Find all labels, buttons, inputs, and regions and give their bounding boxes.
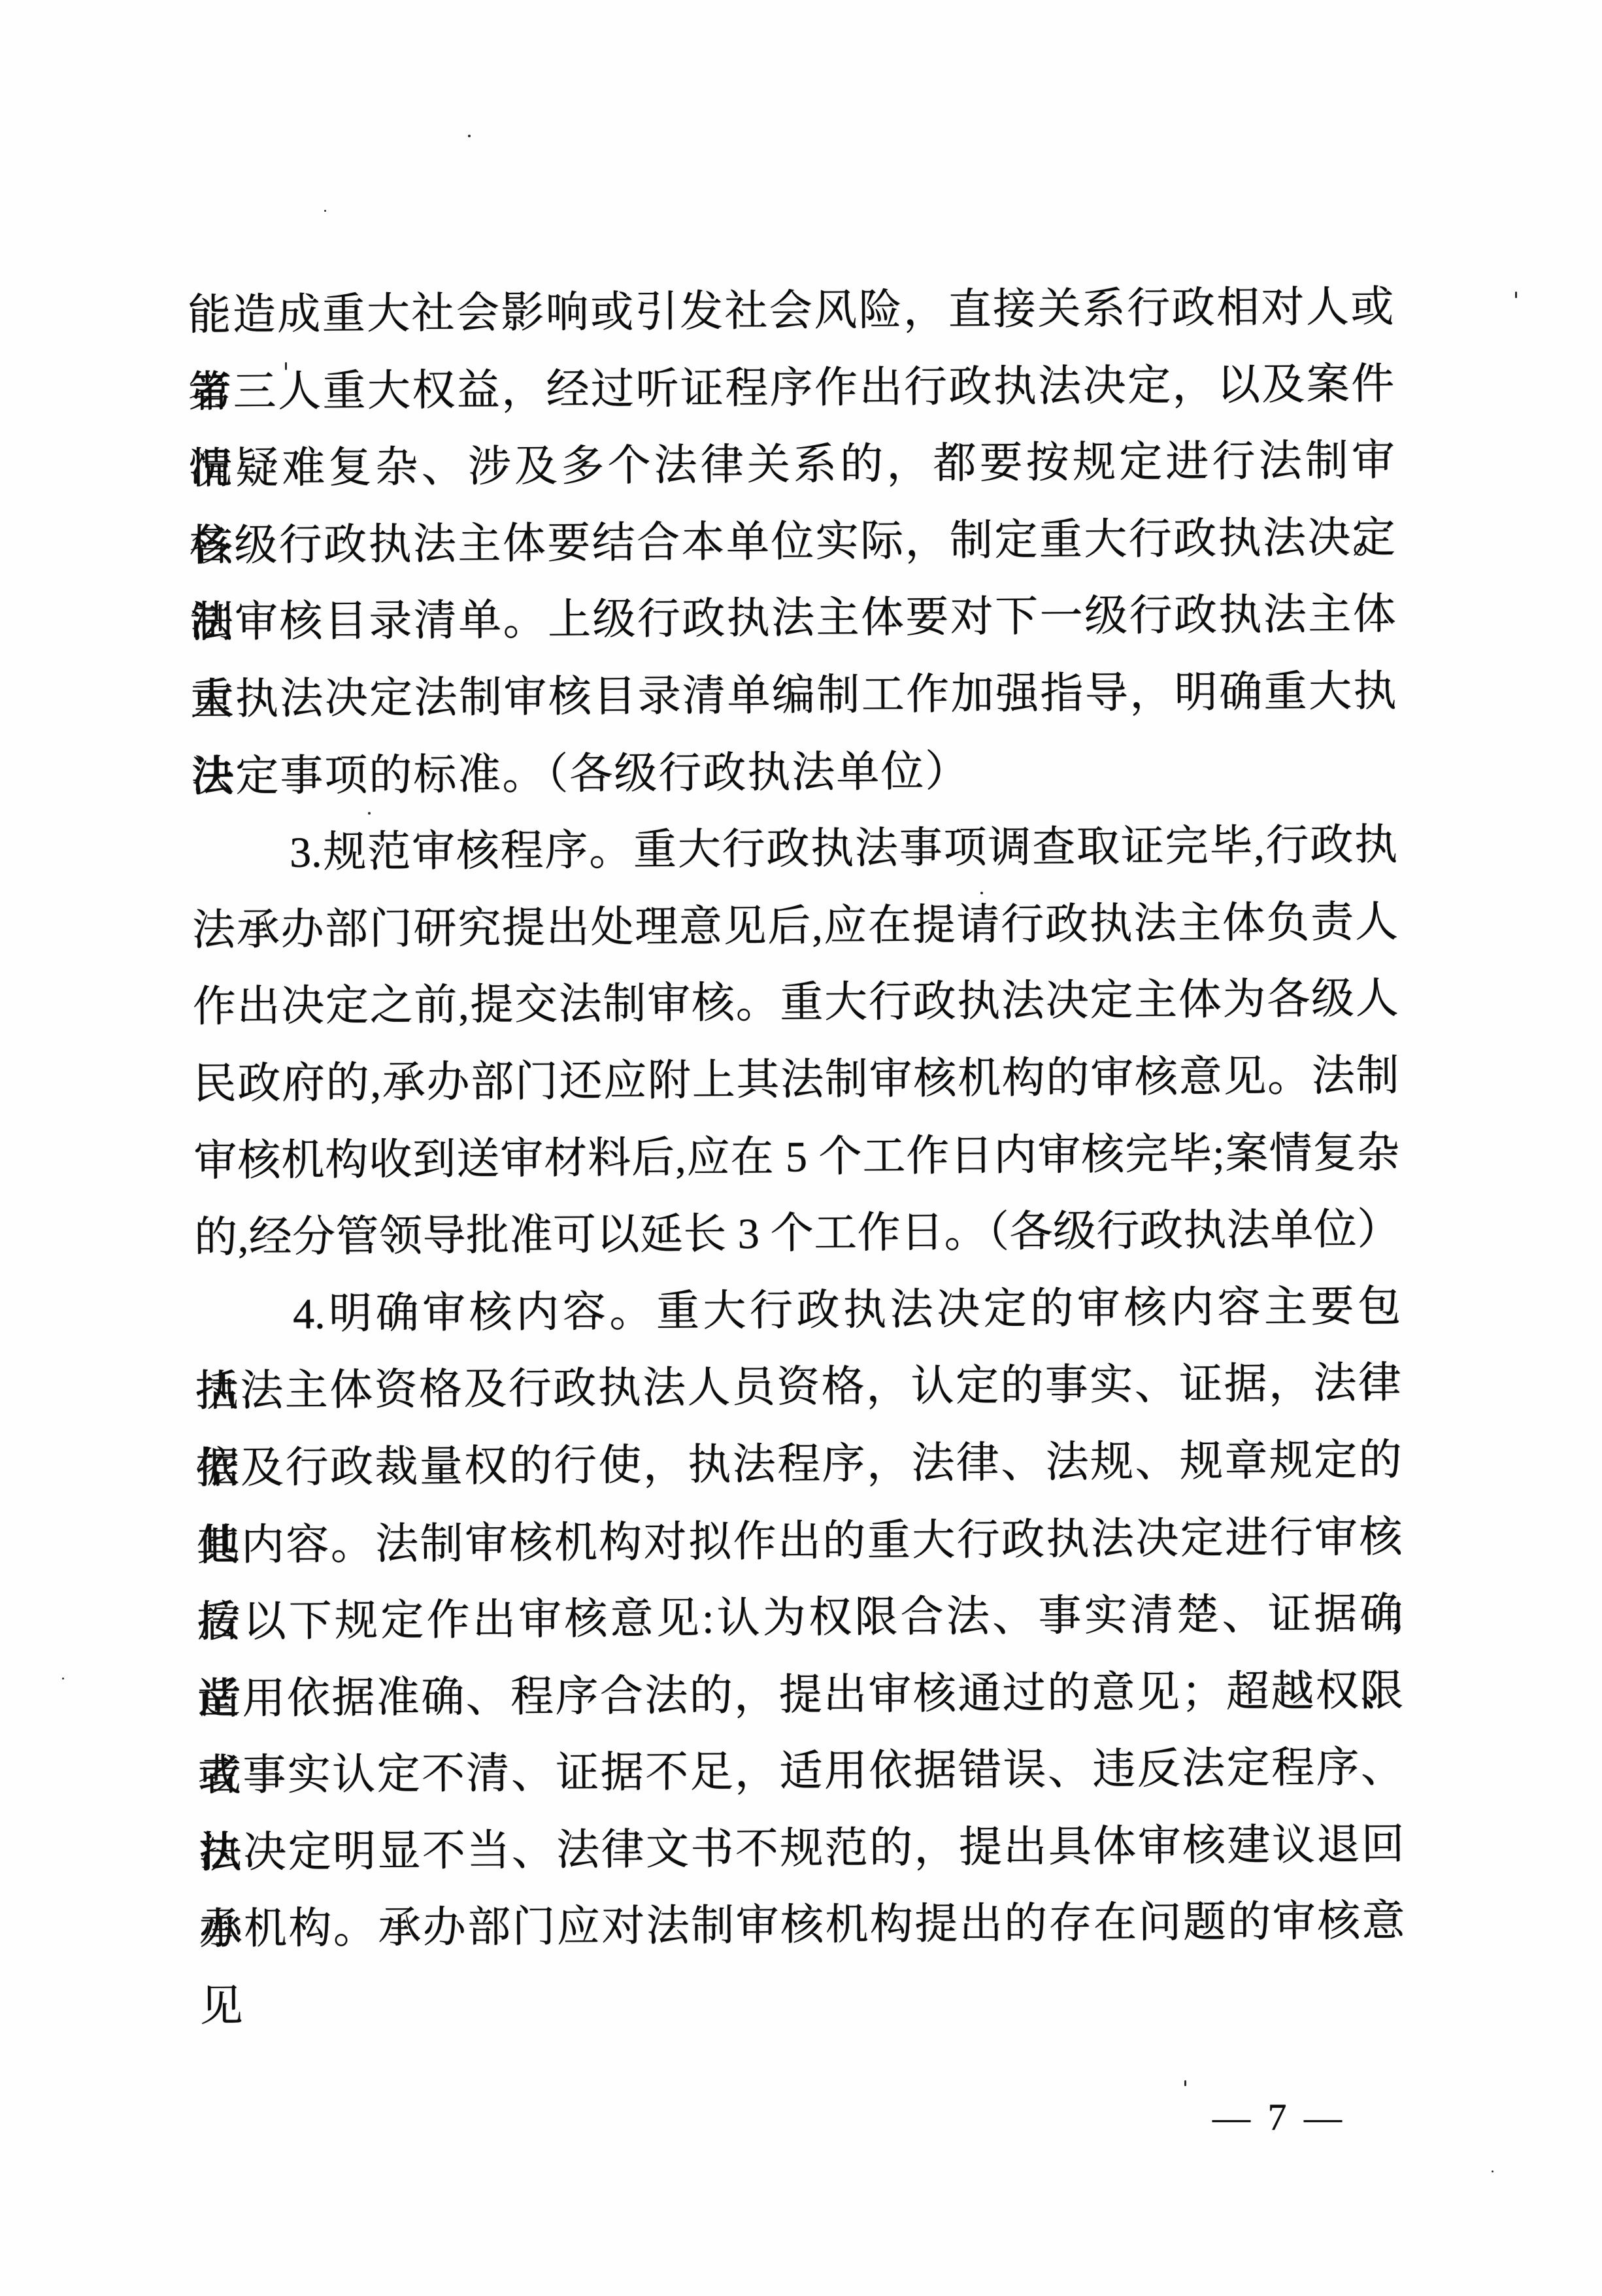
text-line-21: 法决定明显不当、法律文书不规范的，提出具体审核建议退回承 (198, 1806, 1405, 1891)
text-line-12: 审核机构收到送审材料后,应在 5 个工作日内审核完毕;案情复杂 (193, 1115, 1400, 1200)
text-line-4: 各级行政执法主体要结合本单位实际，制定重大行政执法决定法 (189, 499, 1395, 584)
scan-speckle (980, 892, 983, 894)
scan-speckle (62, 1678, 64, 1680)
text-line-20: 者事实认定不清、证据不足，适用依据错误、违反法定程序、执 (198, 1729, 1405, 1814)
scan-speckle (285, 362, 287, 370)
text-line-7: 决定事项的标准。（各级行政执法单位） (191, 730, 1397, 815)
text-line-3: 况疑难复杂、涉及多个法律关系的，都要按规定进行法制审核。 (189, 422, 1395, 507)
text-line-13: 的,经分管领导批准可以延长 3 个工作日。（各级行政执法单位） (194, 1191, 1401, 1276)
text-line-16: 据及行政裁量权的行使，执法程序，法律、法规、规章规定的其 (195, 1422, 1402, 1507)
body-text: 能造成重大社会影响或引发社会风险，直接关系行政相对人或者 第三人重大权益，经过听… (188, 269, 1405, 1968)
text-line-11: 民政府的,承办部门还应附上其法制审核机构的审核意见。法制 (193, 1038, 1399, 1123)
text-line-19: 适用依据准确、程序合法的，提出审核通过的意见；超越权限或 (197, 1653, 1404, 1738)
text-line-2: 第三人重大权益，经过听证程序作出行政执法决定，以及案件情 (188, 346, 1395, 431)
scan-speckle (368, 812, 371, 815)
text-line-1: 能造成重大社会影响或引发社会风险，直接关系行政相对人或者 (188, 269, 1394, 354)
text-line-18: 按以下规定作出审核意见:认为权限合法、事实清楚、证据确凿、 (197, 1576, 1403, 1661)
text-line-6: 大执法决定法制审核目录清单编制工作加强指导，明确重大执法 (190, 653, 1397, 738)
scan-speckle (468, 135, 471, 137)
text-line-8-paragraph-3: 3.规范审核程序。重大行政执法事项调查取证完毕,行政执 (192, 807, 1398, 892)
scan-speckle (324, 210, 326, 212)
text-line-17: 他内容。法制审核机构对拟作出的重大行政执法决定进行审核后, (196, 1499, 1403, 1584)
text-line-15: 执法主体资格及行政执法人员资格，认定的事实、证据，法律依 (195, 1345, 1401, 1430)
text-line-9: 法承办部门研究提出处理意见后,应在提请行政执法主体负责人 (192, 884, 1399, 969)
page-number: — 7 — (1212, 2095, 1346, 2139)
text-line-14-paragraph-4: 4.明确审核内容。重大行政执法决定的审核内容主要包括： (195, 1268, 1401, 1353)
scan-speckle (1515, 292, 1517, 298)
scan-speckle (1184, 2080, 1186, 2086)
text-line-22: 办机构。承办部门应对法制审核机构提出的存在问题的审核意见 (199, 1883, 1405, 1968)
text-line-10: 作出决定之前,提交法制审核。重大行政执法决定主体为各级人 (192, 960, 1399, 1045)
text-line-5: 制审核目录清单。上级行政执法主体要对下一级行政执法主体重 (190, 576, 1396, 661)
document-page: 能造成重大社会影响或引发社会风险，直接关系行政相对人或者 第三人重大权益，经过听… (0, 0, 1602, 2296)
scan-speckle (1492, 2170, 1494, 2172)
